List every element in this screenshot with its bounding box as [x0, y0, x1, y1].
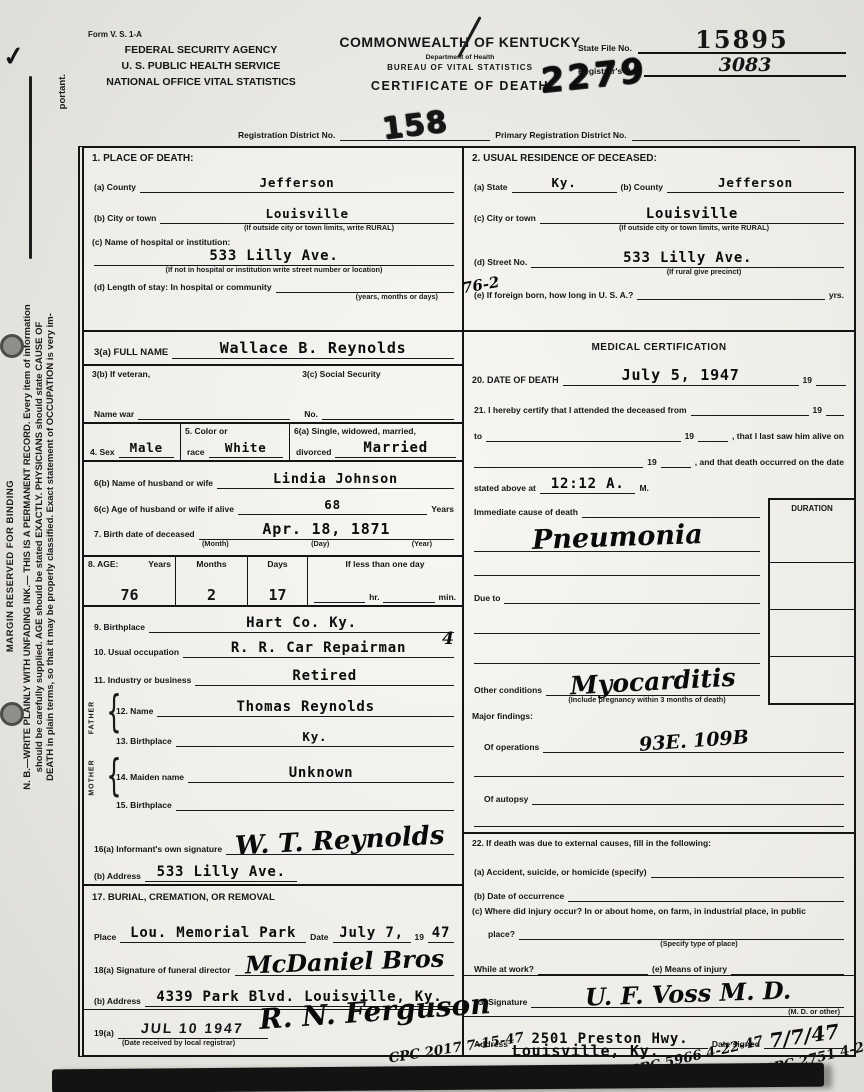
ssn-sub-label: No. [304, 409, 318, 420]
commonwealth-title: COMMONWEALTH OF KENTUCKY [330, 34, 590, 51]
duration-box: DURATION [768, 498, 854, 705]
margin-nb-line2: should be carefully supplied. AGE should… [34, 60, 46, 1034]
residence-street-field: 533 Lilly Ave. [531, 249, 844, 268]
place-hospital-label: (c) Name of hospital or institution: [92, 237, 456, 248]
fullname-label: 3(a) FULL NAME [94, 347, 168, 359]
father-name-field: Thomas Reynolds [157, 698, 454, 717]
residence-county-label: (b) County [621, 182, 664, 193]
operations-field2 [474, 776, 844, 777]
certify-yr-a [826, 415, 844, 416]
due-to-field1 [504, 603, 760, 604]
other-conditions-note: (Include pregnancy within 3 months of de… [532, 696, 762, 705]
external-title: 22. If death was due to external causes,… [472, 838, 846, 856]
hr-label: hr. [369, 592, 379, 603]
received-date-stamp: JUL 10 1947 [141, 1021, 245, 1035]
informant-addr-field: 533 Lilly Ave. [145, 863, 298, 882]
spouse-age-label: 6(c) Age of husband or wife if alive [94, 504, 234, 515]
birthplace-label: 9. Birthplace [94, 622, 145, 633]
operations-field: 93E. 109B [543, 732, 844, 753]
mother-birthplace-field [176, 810, 454, 811]
other-conditions-value: Myocarditis [570, 665, 737, 699]
dod-19: 19 [803, 375, 812, 386]
parents-block: FATHER { MOTHER { 12. Name Thomas Reynol… [84, 688, 462, 816]
certify-l1: 21. I hereby certify that I attended the… [474, 405, 687, 416]
registration-district-row: Registration District No. 158 Primary Re… [238, 114, 800, 141]
father-birthplace-label: 13. Birthplace [116, 736, 172, 747]
age-row: 8. AGE:Years 76 Months 2 Days 17 If less… [84, 555, 462, 605]
sex-value: Male [130, 442, 163, 455]
other-conditions-label: Other conditions [474, 685, 542, 696]
mother-label: MOTHER [89, 756, 96, 800]
race-sub-label: race [187, 447, 205, 458]
marital-value: Married [363, 441, 428, 455]
margin-binding-text: MARGIN RESERVED FOR BINDING [4, 390, 17, 742]
place-county-label: (a) County [94, 182, 136, 193]
place-city-field: Louisville [160, 205, 454, 224]
external-c-label2: place? [488, 929, 515, 940]
day-note: (Day) [311, 540, 329, 553]
external-causes-block: 22. If death was due to external causes,… [464, 832, 854, 975]
spouse-age-field: 68 [238, 496, 427, 515]
primary-district-label: Primary Registration District No. [495, 130, 626, 141]
burial-year-field: 47 [428, 924, 454, 943]
mother-birthplace-label: 15. Birthplace [116, 800, 172, 811]
external-b-field [568, 901, 844, 902]
medical-cert-title: MEDICAL CERTIFICATION [464, 332, 854, 362]
residence-county-value: Jefferson [718, 177, 793, 190]
spouse-row: 6(b) Name of husband or wife Lindia John… [84, 460, 462, 555]
years-suffix: Years [431, 504, 454, 515]
birthplace-value: Hart Co. Ky. [246, 616, 357, 630]
left-column: 3(a) FULL NAME Wallace B. Reynolds 3(b) … [84, 332, 464, 1055]
due-to-field2 [474, 633, 760, 634]
less-than-day-label: If less than one day [312, 559, 458, 570]
dod-value: July 5, 1947 [622, 368, 740, 383]
registrar-number-handwritten: 3083 [644, 56, 846, 77]
place-city-label: (b) City or town [94, 213, 156, 224]
residence-street-value: 533 Lilly Ave. [623, 251, 752, 265]
funeral-director-label: 18(a) Signature of funeral director [94, 965, 231, 976]
punch-hole-bottom [0, 702, 24, 726]
immediate-cause-field1 [582, 517, 760, 518]
residence-state-field: Ky. [512, 174, 617, 193]
age-months-value: 2 [180, 588, 243, 603]
time-of-death-field: 12:12 A. [540, 475, 636, 494]
form-number: Form V. S. 1-A [88, 30, 142, 39]
duration-line3 [770, 610, 854, 657]
certify-m: M. [639, 483, 648, 494]
race-label: 5. Color or [185, 426, 285, 437]
fullname-value: Wallace B. Reynolds [220, 341, 407, 356]
burial-place-value: Lou. Memorial Park [130, 926, 296, 940]
physician-signature: U. F. Voss M. D. [584, 978, 791, 1009]
spouse-age-value: 68 [324, 499, 341, 512]
industry-value: Retired [292, 669, 357, 683]
certify-yr-c [661, 467, 691, 468]
date-of-death-row: 20. DATE OF DEATH July 5, 1947 19 [464, 362, 854, 386]
certify-19c: 19 [647, 457, 656, 468]
district-number-stamp: 158 [381, 110, 449, 142]
industry-label: 11. Industry or business [94, 675, 191, 686]
margin-nb-line3: DEATH in plain terms, so that it may be … [45, 60, 57, 1034]
marital-field: Married [335, 439, 456, 458]
spouse-value: Lindia Johnson [273, 473, 398, 487]
father-birthplace-field: Ky. [176, 728, 454, 747]
certify-yr-b [698, 441, 728, 442]
certify-from-field [691, 415, 809, 416]
primary-district-field [632, 140, 800, 141]
attended-certify-block: 21. I hereby certify that I attended the… [464, 386, 854, 494]
birthplace-occupation-rows: 9. Birthplace Hart Co. Ky. 10. Usual occ… [84, 605, 462, 688]
certify-to-label: to [474, 431, 482, 442]
agency-fsa: FEDERAL SECURITY AGENCY [86, 42, 316, 58]
hr-field [314, 602, 365, 603]
birthplace-field: Hart Co. Ky. [149, 614, 454, 633]
registrar-received-row: 19(a) JUL 10 1947 (Date received by loca… [84, 1009, 462, 1053]
means-of-injury-label: (e) Means of injury [652, 964, 727, 975]
ssn-field [322, 419, 454, 420]
place-stay-label: (d) Length of stay: In hospital or commu… [94, 282, 272, 293]
min-field [383, 602, 434, 603]
immediate-cause-field2: Pneumonia [474, 524, 760, 552]
marital-sub-label: divorced [296, 447, 331, 458]
year-note: (Year) [412, 540, 432, 553]
mother-maiden-value: Unknown [289, 766, 354, 780]
residence-state-label: (a) State [474, 182, 508, 193]
section-usual-residence: 2. USUAL RESIDENCE OF DECEASED: (a) Stat… [464, 148, 854, 330]
operations-label: Of operations [484, 742, 539, 753]
informant-addr-value: 533 Lilly Ave. [157, 865, 286, 879]
residence-foreign-field [637, 299, 825, 300]
scan-artifact-line [29, 76, 32, 259]
external-a-label: (a) Accident, suicide, or homicide (spec… [474, 867, 647, 878]
place-county-field: Jefferson [140, 174, 454, 193]
informant-block: 16(a) Informant's own signature W. T. Re… [84, 816, 462, 884]
margin-nb-line4: portant. [57, 60, 69, 1034]
spouse-label: 6(b) Name of husband or wife [94, 478, 213, 489]
duration-label: DURATION [770, 500, 854, 516]
place-hospital-field: 533 Lilly Ave. [94, 247, 454, 266]
burial-place-field: Lou. Memorial Park [120, 924, 306, 943]
veteran-label: 3(b) If veteran, [92, 369, 292, 380]
autopsy-label: Of autopsy [484, 794, 528, 805]
funeral-addr-label: (b) Address [94, 996, 141, 1007]
external-a-field [651, 877, 844, 878]
veteran-ssn-row: 3(b) If veteran, Name war 3(c) Social Se… [84, 364, 462, 422]
while-at-work-label: While at work? [474, 964, 534, 975]
father-birthplace-value: Ky. [302, 731, 327, 744]
time-of-death-value: 12:12 A. [551, 477, 625, 491]
burial-block: 17. BURIAL, CREMATION, OR REMOVAL Place … [84, 884, 462, 1009]
dod-field: July 5, 1947 [563, 367, 799, 386]
funeral-director-signature: McDaniel Bros [244, 947, 444, 978]
duration-line1 [770, 516, 854, 563]
agency-phs: U. S. PUBLIC HEALTH SERVICE [86, 58, 316, 74]
informant-sig-field: W. T. Reynolds [226, 828, 454, 855]
received-date-field: JUL 10 1947 [118, 1020, 268, 1039]
registration-district-field: 158 [340, 114, 490, 141]
autopsy-field [532, 804, 844, 805]
certify-l4: stated above at [474, 483, 536, 494]
birthdate-value: Apr. 18, 1871 [262, 522, 390, 537]
immediate-cause-label: Immediate cause of death [474, 507, 578, 518]
burial-year-value: 47 [432, 926, 450, 940]
ssn-label: 3(c) Social Security [302, 369, 456, 380]
sex-field: Male [119, 439, 174, 458]
immediate-cause-field3 [474, 575, 760, 576]
place-hospital-note: (If not in hospital or institution write… [92, 266, 456, 275]
funeral-director-field: McDaniel Bros [235, 950, 455, 976]
place-city-value: Louisville [266, 208, 349, 221]
month-note: (Month) [202, 540, 229, 553]
age-years-label: Years [148, 559, 171, 570]
certify-19b: 19 [685, 431, 694, 442]
received-num: 19(a) [94, 1028, 114, 1039]
certificate-form: 1. PLACE OF DEATH: (a) County Jefferson … [78, 146, 856, 1057]
age-label: 8. AGE: [88, 559, 118, 570]
certify-19a: 19 [813, 405, 822, 416]
marital-label: 6(a) Single, widowed, married, [294, 426, 458, 437]
physician-sig-block: 23. Signature U. F. Voss M. D. (M. D. or… [464, 975, 854, 1017]
certify-l3b: , and that death occurred on the date [695, 457, 844, 468]
scan-edge-bar [52, 1063, 824, 1092]
birthdate-field: Apr. 18, 1871 [199, 521, 454, 540]
autopsy-field2 [474, 826, 844, 827]
burial-place-label: Place [94, 932, 116, 943]
state-file-number: 15895 [638, 28, 846, 54]
physician-sig-field: U. F. Voss M. D. [531, 982, 844, 1008]
mother-brace: { [106, 754, 121, 798]
race-value: White [225, 442, 267, 455]
birthdate-label: 7. Birth date of deceased [94, 529, 195, 540]
industry-field: Retired [195, 667, 454, 686]
sex-race-marital-row: 4. SexMale 5. Color or raceWhite 6(a) Si… [84, 422, 462, 460]
burial-date-label: Date [310, 932, 328, 943]
fullname-row: 3(a) FULL NAME Wallace B. Reynolds [84, 332, 462, 364]
received-note: (Date received by local registrar) [122, 1039, 456, 1048]
operations-value: 93E. 109B [638, 728, 749, 755]
burial-19: 19 [415, 932, 424, 943]
informant-addr-label: (b) Address [94, 871, 141, 882]
agency-novs: NATIONAL OFFICE VITAL STATISTICS [86, 74, 316, 90]
place-stay-note: (years, months or days) [92, 293, 438, 302]
certify-lastseen-field [474, 467, 643, 468]
veteran-field [138, 419, 290, 420]
father-brace: { [106, 690, 121, 734]
min-label: min. [439, 592, 456, 603]
external-b-label: (b) Date of occurrence [474, 891, 564, 902]
race-field: White [209, 439, 284, 458]
burial-date-value: July 7, [339, 926, 404, 940]
mother-maiden-field: Unknown [188, 764, 454, 783]
occupation-field: R. R. Car Repairman [183, 639, 454, 658]
burial-date-field: July 7, [333, 924, 411, 943]
findings-label: Major findings: [472, 711, 846, 727]
spouse-field: Lindia Johnson [217, 470, 454, 489]
physician-city-value: Louisville, Ky. [512, 1044, 659, 1059]
father-label: FATHER [89, 696, 96, 740]
residence-street-note: (If rural give precinct) [562, 268, 846, 277]
section-place-of-death: 1. PLACE OF DEATH: (a) County Jefferson … [84, 148, 464, 330]
external-c-note: (Specify type of place) [552, 940, 846, 949]
informant-sig-label: 16(a) Informant's own signature [94, 844, 222, 855]
dod-label: 20. DATE OF DEATH [472, 375, 559, 386]
residence-title: 2. USUAL RESIDENCE OF DECEASED: [472, 153, 846, 165]
certify-l2b: , that I last saw him alive on [732, 431, 844, 442]
punch-hole-top [0, 334, 24, 358]
agency-block: FEDERAL SECURITY AGENCY U. S. PUBLIC HEA… [86, 42, 316, 90]
occupation-label: 10. Usual occupation [94, 647, 179, 658]
occupation-handwritten-mark: 4 [442, 631, 454, 648]
place-city-note: (If outside city or town limits, write R… [182, 224, 456, 233]
residence-city-value: Louisville [646, 207, 738, 221]
burial-title: 17. BURIAL, CREMATION, OR REMOVAL [92, 889, 456, 909]
duration-line2 [770, 563, 854, 610]
age-months-label: Months [180, 559, 243, 570]
duration-line4 [770, 657, 854, 703]
place-county-value: Jefferson [260, 177, 335, 190]
right-column: MEDICAL CERTIFICATION 20. DATE OF DEATH … [464, 332, 854, 1055]
age-days-label: Days [252, 559, 303, 570]
certify-to-field [486, 441, 681, 442]
occupation-value: R. R. Car Repairman [231, 641, 406, 655]
fullname-field: Wallace B. Reynolds [172, 340, 454, 359]
cause-of-death-block: Immediate cause of death Pneumonia Due t… [464, 498, 854, 705]
veteran-sub-label: Name war [94, 409, 134, 420]
mother-maiden-label: 14. Maiden name [116, 772, 184, 783]
residence-street-label: (d) Street No. [474, 257, 527, 268]
father-name-value: Thomas Reynolds [236, 700, 374, 714]
residence-city-note: (If outside city or town limits, write R… [542, 224, 846, 233]
sex-label: 4. Sex [90, 447, 115, 458]
due-to-label: Due to [474, 593, 500, 604]
external-c-label1: (c) Where did injury occur? In or about … [472, 906, 846, 924]
residence-foreign-suffix: yrs. [829, 290, 844, 301]
age-years-value: 76 [88, 588, 171, 603]
age-days-value: 17 [252, 588, 303, 603]
place-title: 1. PLACE OF DEATH: [92, 153, 456, 165]
immediate-cause-value: Pneumonia [531, 521, 703, 554]
other-conditions-field: Myocarditis [546, 669, 760, 696]
residence-city-label: (c) City or town [474, 213, 536, 224]
place-hospital-value: 533 Lilly Ave. [209, 249, 338, 263]
informant-signature: W. T. Reynolds [235, 823, 446, 860]
residence-city-field: Louisville [540, 205, 844, 224]
residence-state-value: Ky. [552, 177, 577, 190]
registration-district-label: Registration District No. [238, 130, 335, 141]
findings-block: Major findings: Of operations 93E. 109B … [464, 705, 854, 827]
residence-county-field: Jefferson [667, 174, 844, 193]
